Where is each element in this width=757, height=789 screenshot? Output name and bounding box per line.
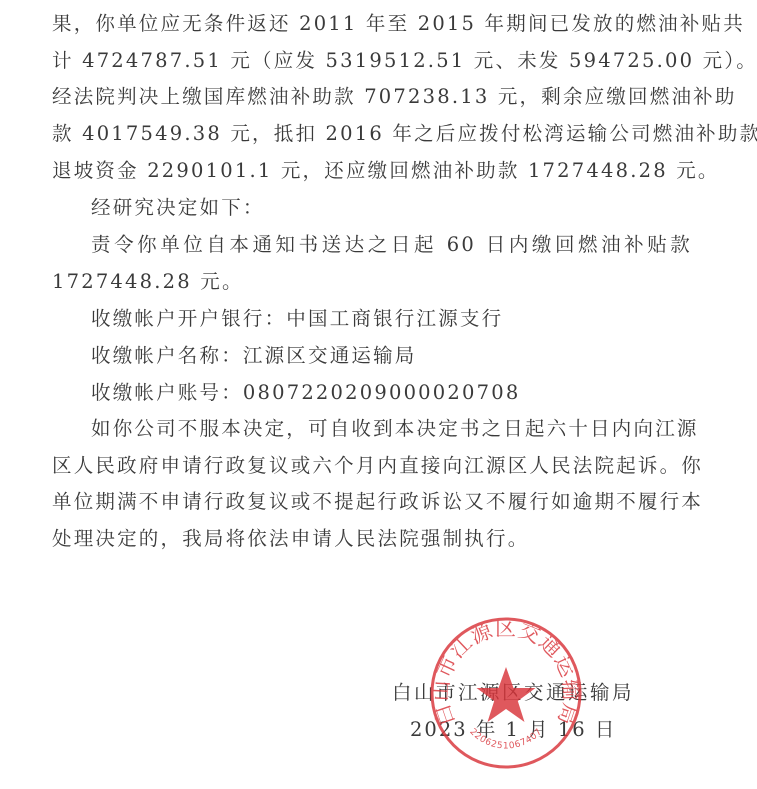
- text-line: 收缴帐户名称：江源区交通运输局: [52, 338, 692, 375]
- text-line: 退坡资金 2290101.1 元，还应缴回燃油补助款 1727448.28 元。: [52, 153, 692, 190]
- text-line: 1727448.28 元。: [52, 264, 692, 301]
- text-line: 经研究决定如下：: [52, 190, 692, 227]
- document-page: 果，你单位应无条件返还 2011 年至 2015 年期间已发放的燃油补贴共 计 …: [0, 0, 757, 789]
- text-line: 如你公司不服本决定，可自收到本决定书之日起六十日内向江源: [52, 411, 692, 448]
- text-line: 经法院判决上缴国库燃油补助款 707238.13 元，剩余应缴回燃油补助: [52, 79, 692, 116]
- text-line: 区人民政府申请行政复议或六个月内直接向江源区人民法院起诉。你: [52, 448, 692, 485]
- text-line: 责令你单位自本通知书送达之日起 60 日内缴回燃油补贴款: [52, 227, 692, 264]
- text-line: 处理决定的，我局将依法申请人民法院强制执行。: [52, 521, 692, 558]
- issuer-signature: 白山市江源区交通运输局: [392, 675, 634, 711]
- paragraph-account-number: 收缴帐户账号：0807220209000020708: [52, 375, 692, 412]
- text-line: 计 4724787.51 元（应发 5319512.51 元、未发 594725…: [52, 43, 692, 80]
- text-line: 收缴帐户开户银行：中国工商银行江源支行: [52, 301, 692, 338]
- text-line: 收缴帐户账号：0807220209000020708: [52, 375, 692, 412]
- issue-date: 2023 年 1 月 16 日: [410, 712, 616, 748]
- text-line: 款 4017549.38 元，抵扣 2016 年之后应拨付松湾运输公司燃油补助款…: [52, 116, 692, 153]
- paragraph-appeal-notice: 如你公司不服本决定，可自收到本决定书之日起六十日内向江源 区人民政府申请行政复议…: [52, 411, 692, 558]
- text-line: 果，你单位应无条件返还 2011 年至 2015 年期间已发放的燃油补贴共: [52, 6, 692, 43]
- text-line: 单位期满不申请行政复议或不提起行政诉讼又不履行如逾期不履行本: [52, 484, 692, 521]
- paragraph-order: 责令你单位自本通知书送达之日起 60 日内缴回燃油补贴款 1727448.28 …: [52, 227, 692, 300]
- paragraph-refund-details: 果，你单位应无条件返还 2011 年至 2015 年期间已发放的燃油补贴共 计 …: [52, 6, 692, 190]
- paragraph-bank: 收缴帐户开户银行：中国工商银行江源支行: [52, 301, 692, 338]
- paragraph-decision-intro: 经研究决定如下：: [52, 190, 692, 227]
- paragraph-account-name: 收缴帐户名称：江源区交通运输局: [52, 338, 692, 375]
